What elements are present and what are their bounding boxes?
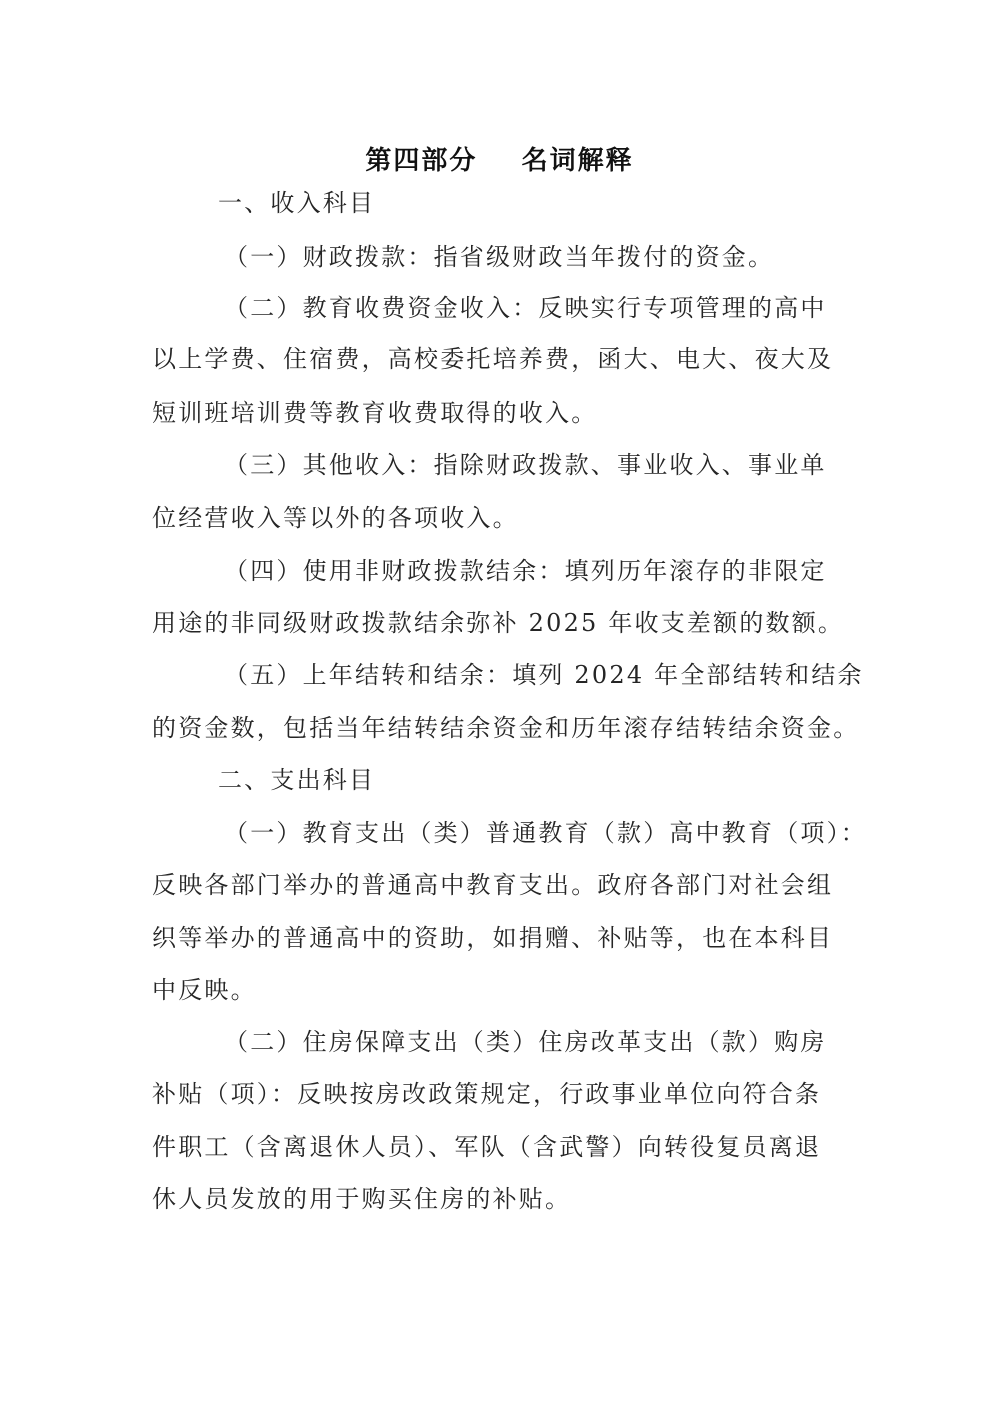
section-heading-income: 一、收入科目 [218,186,375,220]
income-item-3-line-2: 位经营收入等以外的各项收入。 [152,501,519,535]
income-item-4-line-1: （四）使用非财政拨款结余：填列历年滚存的非限定 [224,554,827,588]
expenditure-item-2-line-2: 补贴（项）：反映按房改政策规定，行政事业单位向符合条 [152,1077,821,1111]
section-heading-expenditure: 二、支出科目 [218,763,375,797]
income-item-3-line-1: （三）其他收入：指除财政拨款、事业收入、事业单 [224,448,827,482]
expenditure-item-1-line-4: 中反映。 [152,973,257,1007]
income-item-2-line-3: 短训班培训费等教育收费取得的收入。 [152,396,597,430]
income-item-2-line-1: （二）教育收费资金收入：反映实行专项管理的高中 [224,291,827,325]
income-item-2-line-2: 以上学费、住宿费，高校委托培养费，函大、电大、夜大及 [152,342,833,376]
expenditure-item-2-line-3: 件职工（含离退休人员）、军队（含武警）向转役复员离退 [152,1130,821,1164]
expenditure-item-1-line-3: 织等举办的普通高中的资助，如捐赠、补贴等，也在本科目 [152,921,833,955]
income-item-5-line-1: （五）上年结转和结余：填列 2024 年全部结转和结余 [224,658,864,692]
document-page: 第四部分 名词解释 一、收入科目 （一）财政拨款：指省级财政当年拨付的资金。 （… [0,0,999,1414]
expenditure-item-1-line-2: 反映各部门举办的普通高中教育支出。政府各部门对社会组 [152,868,833,902]
income-item-5-line-2: 的资金数，包括当年结转结余资金和历年滚存结转结余资金。 [152,711,859,745]
expenditure-item-2-line-4: 休人员发放的用于购买住房的补贴。 [152,1182,571,1216]
page-title: 第四部分 名词解释 [0,140,999,177]
expenditure-item-2-line-1: （二）住房保障支出（类）住房改革支出（款）购房 [224,1025,827,1059]
income-item-1-line-1: （一）财政拨款：指省级财政当年拨付的资金。 [224,240,774,274]
income-item-4-line-2: 用途的非同级财政拨款结余弥补 2025 年收支差额的数额。 [152,606,844,640]
expenditure-item-1-line-1: （一）教育支出（类）普通教育（款）高中教育（项）： [224,816,867,850]
